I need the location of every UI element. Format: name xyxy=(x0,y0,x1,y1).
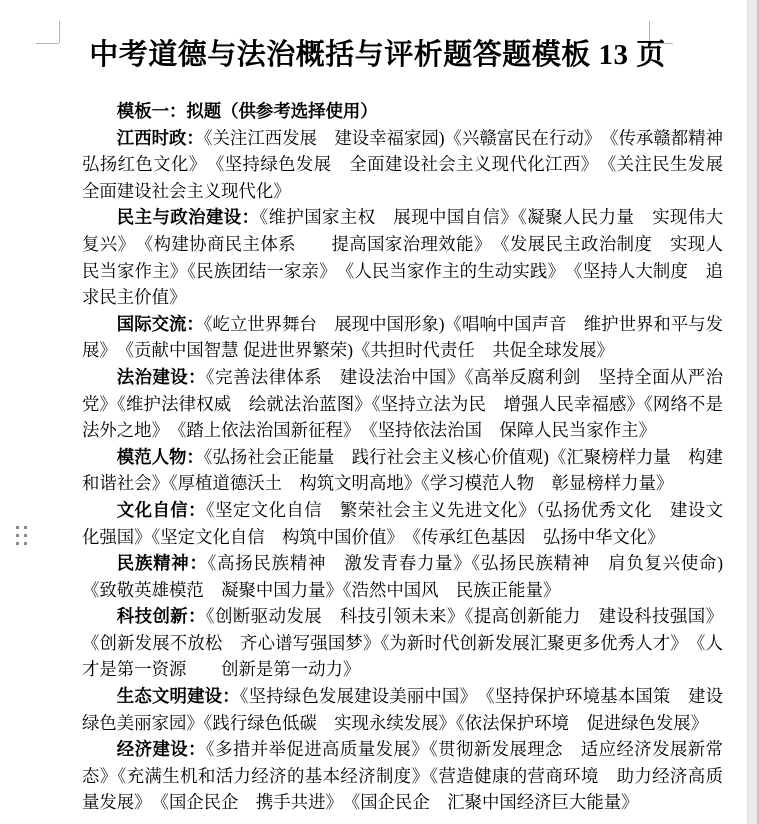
page-margin-mark-top-left xyxy=(59,21,60,43)
paragraph-label: 国际交流： xyxy=(117,314,204,334)
paragraph-minzhu-zhengzhi: 民主与政治建设：《维护国家主权 展现中国自信》《凝聚人民力量 实现伟大复兴》 《… xyxy=(82,204,723,310)
paragraph-label: 江西时政： xyxy=(117,128,204,148)
document-window: 中考道德与法治概括与评析题答题模板 13 页 模板一：拟题（供参考选择使用） 江… xyxy=(0,0,759,824)
paragraph-mofan-renwu: 模范人物：《弘扬社会正能量 践行社会主义核心价值观)《汇聚榜样力量 构建和谐社会… xyxy=(82,444,723,497)
paragraph-guoji-jiaoliu: 国际交流：《屹立世界舞台 展现中国形象)《唱响中国声音 维护世界和平与发展》 《… xyxy=(82,311,723,364)
document-content: 中考道德与法治概括与评析题答题模板 13 页 模板一：拟题（供参考选择使用） 江… xyxy=(82,0,723,816)
paragraph-minzu-jingshen: 民族精神：《高扬民族精神 激发青春力量》《弘扬民族精神 肩负复兴使命)《致敬英雄… xyxy=(82,550,723,603)
scrollbar-track[interactable] xyxy=(747,0,759,824)
paragraph-label: 生态文明建设： xyxy=(117,686,240,706)
paragraph-label: 民族精神： xyxy=(117,553,208,573)
paragraph-label: 科技创新： xyxy=(117,606,206,626)
paragraph-jingji-jianshe: 经济建设：《多措并举促进高质量发展》《贯彻新发展理念 适应经济发展新常态》《充满… xyxy=(82,736,723,816)
paragraph-label: 模范人物： xyxy=(117,447,204,467)
section-heading: 模板一：拟题（供参考选择使用） xyxy=(82,98,723,125)
paragraph-label: 法治建设： xyxy=(117,367,206,387)
paragraph-keji-chuangxin: 科技创新：《创断驱动发展 科技引领未来》《提高创新能力 建设科技强国》《创新发展… xyxy=(82,603,723,683)
page-title: 中考道德与法治概括与评析题答题模板 13 页 xyxy=(82,33,673,77)
page-margin-mark-top-left xyxy=(36,43,59,44)
drag-handle-dots-icon[interactable] xyxy=(16,526,27,545)
document-page: 中考道德与法治概括与评析题答题模板 13 页 模板一：拟题（供参考选择使用） 江… xyxy=(0,0,747,824)
paragraph-wenhua-zixin: 文化自信：《坚定文化自信 繁荣社会主义先进文化》（弘扬优秀文化 建设文化强国》《… xyxy=(82,497,723,550)
paragraph-shengtai-wenming: 生态文明建设：《坚持绿色发展建设美丽中国》 《坚持保护环境基本国策 建设绿色美丽… xyxy=(82,683,723,736)
paragraph-label: 经济建设： xyxy=(117,739,206,759)
paragraph-jiangxi-shizheng: 江西时政：《关注江西发展 建设幸福家园)《兴赣富民在行动》 《传承赣都精神 弘扬… xyxy=(82,125,723,205)
paragraph-label: 文化自信： xyxy=(117,500,206,520)
paragraph-label: 民主与政治建设： xyxy=(117,207,260,227)
paragraph-fazhi-jianshe: 法治建设：《完善法律体系 建设法治中国》《高举反腐利剑 坚持全面从严治党》《维护… xyxy=(82,364,723,444)
